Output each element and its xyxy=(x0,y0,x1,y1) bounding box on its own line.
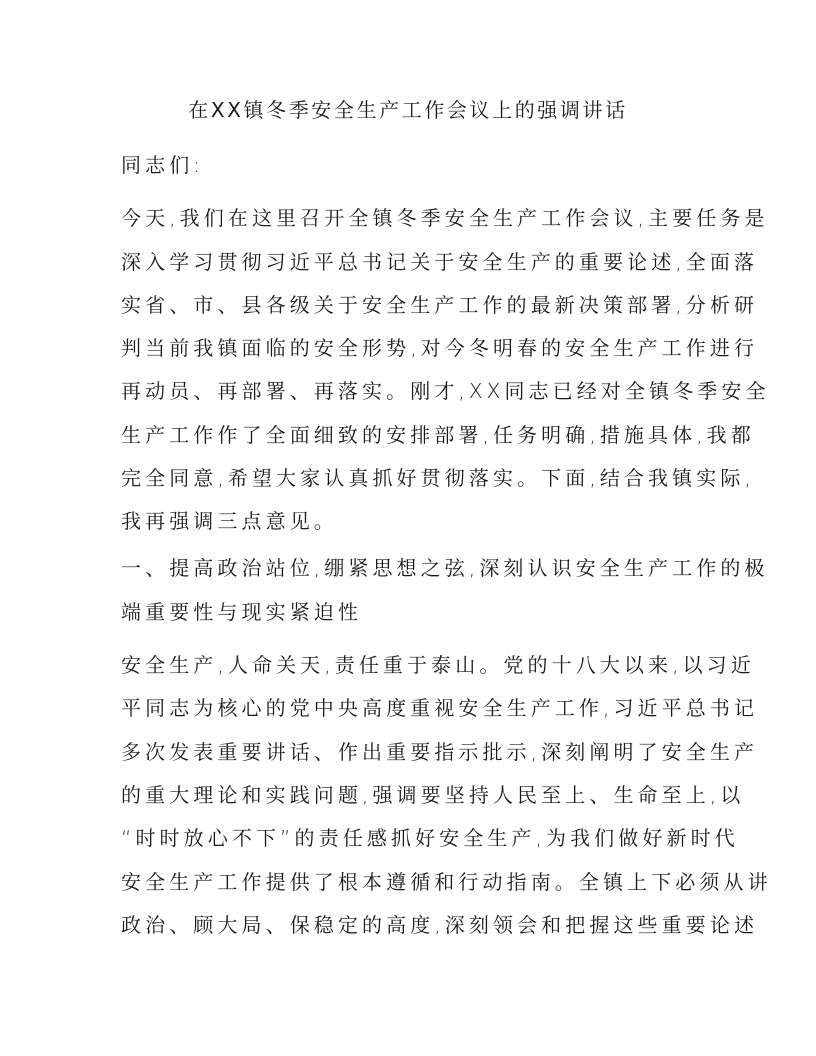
paragraph-line: 完全同意,希望大家认真抓好贯彻落实。下面,结合我镇实际, xyxy=(121,466,705,490)
paragraph-line: 深入学习贯彻习近平总书记关于安全生产的重要论述,全面落 xyxy=(121,250,705,274)
paragraph-line: 平同志为核心的党中央高度重视安全生产工作,习近平总书记 xyxy=(121,696,705,720)
paragraph-line: 政治、顾大局、保稳定的高度,深刻领会和把握这些重要论述 xyxy=(121,913,705,937)
paragraph-line: 判当前我镇面临的安全形势,对今冬明春的安全生产工作进行 xyxy=(121,336,705,360)
paragraph-line: 我再强调三点意见。 xyxy=(121,509,705,533)
paragraph-line: 的重大理论和实践问题,强调要坚持人民至上、生命至上,以 xyxy=(121,783,705,807)
paragraph-line: 安全生产,人命关天,责任重于泰山。党的十八大以来,以习近 xyxy=(121,653,705,677)
paragraph-line: 安全生产工作提供了根本遵循和行动指南。全镇上下必须从讲 xyxy=(121,870,705,894)
document-title: 在XX镇冬季安全生产工作会议上的强调讲话 xyxy=(0,98,816,122)
paragraph-line: 实省、市、县各级关于安全生产工作的最新决策部署,分析研 xyxy=(121,293,705,317)
heading-line: 端重要性与现实紧迫性 xyxy=(121,600,705,624)
paragraph-line: 生产工作作了全面细致的安排部署,任务明确,措施具体,我都 xyxy=(121,423,705,447)
document-page: 在XX镇冬季安全生产工作会议上的强调讲话 同志们: 今天,我们在这里召开全镇冬季… xyxy=(0,0,816,1056)
paragraph-line: “时时放心不下”的责任感抓好安全生产,为我们做好新时代 xyxy=(121,826,705,850)
heading-line: 一、提高政治站位,绷紧思想之弦,深刻认识安全生产工作的极 xyxy=(121,556,705,580)
paragraph-line: 再动员、再部署、再落实。刚才,XX同志已经对全镇冬季安全 xyxy=(121,379,705,403)
salutation: 同志们: xyxy=(121,153,705,177)
paragraph-line: 今天,我们在这里召开全镇冬季安全生产工作会议,主要任务是 xyxy=(121,206,705,230)
paragraph-line: 多次发表重要讲话、作出重要指示批示,深刻阐明了安全生产 xyxy=(121,740,705,764)
